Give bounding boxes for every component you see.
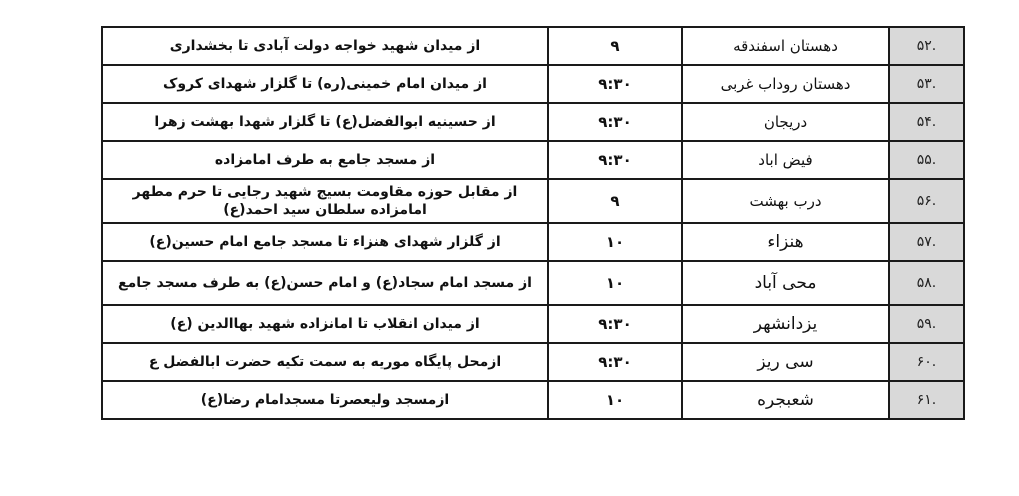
table-row: .۵۷ هنزاء ۱۰ از گلزار شهدای هنزاء تا مسج… bbox=[102, 223, 964, 261]
table-row: .۶۱ شعبجره ۱۰ ازمسجد ولیعصرتا مسجدامام ر… bbox=[102, 381, 964, 419]
place-cell: هنزاء bbox=[682, 223, 889, 261]
time-cell: ۹ bbox=[548, 27, 682, 65]
table-row: .۵۳ دهستان روداب غربی ۹:۳۰ از میدان امام… bbox=[102, 65, 964, 103]
route-cell: ازمسجد ولیعصرتا مسجدامام رضا(ع) bbox=[102, 381, 548, 419]
route-cell: از مسجد امام سجاد(ع) و امام حسن(ع) به طر… bbox=[102, 261, 548, 305]
route-cell: از میدان انقلاب تا امانزاده شهید بهاالدی… bbox=[102, 305, 548, 343]
row-number: .۵۵ bbox=[889, 141, 964, 179]
table-row: .۵۵ فیض اباد ۹:۳۰ از مسجد جامع به طرف ام… bbox=[102, 141, 964, 179]
place-cell: محی آباد bbox=[682, 261, 889, 305]
table-row: .۵۶ درب بهشت ۹ از مقابل حوزه مقاومت بسیج… bbox=[102, 179, 964, 223]
row-number: .۵۲ bbox=[889, 27, 964, 65]
place-cell: فیض اباد bbox=[682, 141, 889, 179]
table-row: .۵۹ یزدانشهر ۹:۳۰ از میدان انقلاب تا اما… bbox=[102, 305, 964, 343]
place-cell: سی ریز bbox=[682, 343, 889, 381]
row-number: .۶۰ bbox=[889, 343, 964, 381]
route-cell: از میدان امام خمینی(ره) تا گلزار شهدای ک… bbox=[102, 65, 548, 103]
route-cell: از حسینیه ابوالفضل(ع) تا گلزار شهدا بهشت… bbox=[102, 103, 548, 141]
row-number: .۶۱ bbox=[889, 381, 964, 419]
row-number: .۵۴ bbox=[889, 103, 964, 141]
time-cell: ۹:۳۰ bbox=[548, 141, 682, 179]
place-cell: دهستان اسفندقه bbox=[682, 27, 889, 65]
table-row: .۵۸ محی آباد ۱۰ از مسجد امام سجاد(ع) و ا… bbox=[102, 261, 964, 305]
time-cell: ۱۰ bbox=[548, 381, 682, 419]
place-cell: شعبجره bbox=[682, 381, 889, 419]
place-cell: درب بهشت bbox=[682, 179, 889, 223]
row-number: .۵۶ bbox=[889, 179, 964, 223]
place-cell: دهستان روداب غربی bbox=[682, 65, 889, 103]
row-number: .۵۹ bbox=[889, 305, 964, 343]
route-cell: از مقابل حوزه مقاومت بسیج شهید رجایی تا … bbox=[102, 179, 548, 223]
time-cell: ۹:۳۰ bbox=[548, 103, 682, 141]
route-cell: از میدان شهید خواجه دولت آبادی تا بخشدار… bbox=[102, 27, 548, 65]
time-cell: ۱۰ bbox=[548, 223, 682, 261]
table-row: .۵۲ دهستان اسفندقه ۹ از میدان شهید خواجه… bbox=[102, 27, 964, 65]
time-cell: ۹:۳۰ bbox=[548, 305, 682, 343]
time-cell: ۹ bbox=[548, 179, 682, 223]
schedule-table-container: .۵۲ دهستان اسفندقه ۹ از میدان شهید خواجه… bbox=[101, 26, 963, 420]
time-cell: ۹:۳۰ bbox=[548, 65, 682, 103]
table-row: .۶۰ سی ریز ۹:۳۰ ازمحل پایگاه موریه به سم… bbox=[102, 343, 964, 381]
row-number: .۵۷ bbox=[889, 223, 964, 261]
route-cell: از گلزار شهدای هنزاء تا مسجد جامع امام ح… bbox=[102, 223, 548, 261]
row-number: .۵۳ bbox=[889, 65, 964, 103]
place-cell: دریجان bbox=[682, 103, 889, 141]
row-number: .۵۸ bbox=[889, 261, 964, 305]
place-cell: یزدانشهر bbox=[682, 305, 889, 343]
table-row: .۵۴ دریجان ۹:۳۰ از حسینیه ابوالفضل(ع) تا… bbox=[102, 103, 964, 141]
time-cell: ۱۰ bbox=[548, 261, 682, 305]
time-cell: ۹:۳۰ bbox=[548, 343, 682, 381]
schedule-table: .۵۲ دهستان اسفندقه ۹ از میدان شهید خواجه… bbox=[101, 26, 965, 420]
route-cell: از مسجد جامع به طرف امامزاده bbox=[102, 141, 548, 179]
route-cell: ازمحل پایگاه موریه به سمت تکیه حضرت ابال… bbox=[102, 343, 548, 381]
